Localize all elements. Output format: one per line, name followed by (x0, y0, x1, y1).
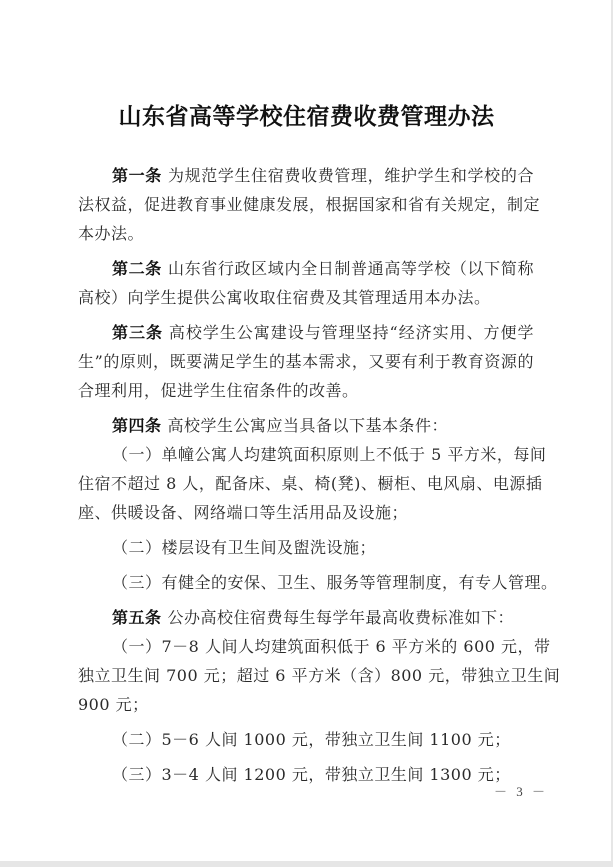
article-5-item-3: （三）3－4 人间 1200 元，带独立卫生间 1300 元； (78, 760, 534, 789)
article-5-item-2: （二）5－6 人间 1000 元，带独立卫生间 1100 元； (78, 725, 534, 754)
article-5-item-1: （一）7－8 人间人均建筑面积低于 6 平方米的 600 元，带 独立卫生间 7… (78, 632, 534, 719)
page-edge-bottom (0, 861, 613, 867)
document-body: 第一条为规范学生住宿费收费管理，维护学生和学校的合 法权益，促进教育事业健康发展… (78, 161, 534, 789)
article-2: 第二条山东省行政区域内全日制普通高等学校（以下简称 高校）向学生提供公寓收取住宿… (78, 254, 534, 312)
text-line: （一）7－8 人间人均建筑面积低于 6 平方米的 600 元，带 (78, 632, 534, 661)
text-line: （一）单幢公寓人均建筑面积原则上不低于 5 平方米，每间 (78, 440, 534, 469)
article-4: 第四条高校学生公寓应当具备以下基本条件： （一）单幢公寓人均建筑面积原则上不低于… (78, 411, 534, 597)
article-label: 第四条 (112, 416, 162, 435)
article-3: 第三条高校学生公寓建设与管理坚持“经济实用、方便学 生”的原则，既要满足学生的基… (78, 318, 534, 405)
article-label: 第三条 (112, 323, 163, 342)
text-span: 高校学生公寓建设与管理坚持“经济实用、方便学 (169, 323, 534, 342)
page-number: － 3 － (494, 781, 548, 800)
article-4-item-1: （一）单幢公寓人均建筑面积原则上不低于 5 平方米，每间 住宿不超过 8 人，配… (78, 440, 534, 527)
article-4-item-2: （二）楼层设有卫生间及盥洗设施； (78, 533, 534, 562)
text-span: 为规范学生住宿费收费管理，维护学生和学校的合 (168, 166, 534, 185)
text-line: 独立卫生间 700 元；超过 6 平方米（含）800 元，带独立卫生间 (78, 661, 534, 690)
article-1: 第一条为规范学生住宿费收费管理，维护学生和学校的合 法权益，促进教育事业健康发展… (78, 161, 534, 248)
document-title: 山东省高等学校住宿费收费管理办法 (0, 98, 613, 131)
article-label: 第一条 (112, 166, 162, 185)
text-line: 第一条为规范学生住宿费收费管理，维护学生和学校的合 (78, 161, 534, 190)
article-5: 第五条公办高校住宿费每生每学年最高收费标准如下： （一）7－8 人间人均建筑面积… (78, 603, 534, 789)
text-line: 第四条高校学生公寓应当具备以下基本条件： (78, 411, 534, 440)
text-line: 第二条山东省行政区域内全日制普通高等学校（以下简称 (78, 254, 534, 283)
text-line: 高校）向学生提供公寓收取住宿费及其管理适用本办法。 (78, 283, 534, 312)
text-line: 住宿不超过 8 人，配备床、桌、椅(凳)、橱柜、电风扇、电源插 (78, 469, 534, 498)
text-span: 山东省行政区域内全日制普通高等学校（以下简称 (168, 259, 534, 278)
text-line: 法权益，促进教育事业健康发展，根据国家和省有关规定，制定 (78, 190, 534, 219)
article-4-item-3: （三）有健全的安保、卫生、服务等管理制度，有专人管理。 (78, 568, 534, 597)
text-line: 900 元； (78, 690, 534, 719)
text-span: 高校学生公寓应当具备以下基本条件： (168, 416, 449, 435)
text-line: 座、供暖设备、网络端口等生活用品及设施； (78, 498, 534, 527)
text-line: 第五条公办高校住宿费每生每学年最高收费标准如下： (78, 603, 534, 632)
text-span: 公办高校住宿费每生每学年最高收费标准如下： (168, 608, 515, 627)
text-line: 本办法。 (78, 219, 534, 248)
article-label: 第二条 (112, 259, 162, 278)
article-label: 第五条 (112, 608, 162, 627)
text-line: 第三条高校学生公寓建设与管理坚持“经济实用、方便学 (78, 318, 534, 347)
text-line: 生”的原则，既要满足学生的基本需求，又要有利于教育资源的 (78, 347, 534, 376)
text-line: 合理利用，促进学生住宿条件的改善。 (78, 376, 534, 405)
